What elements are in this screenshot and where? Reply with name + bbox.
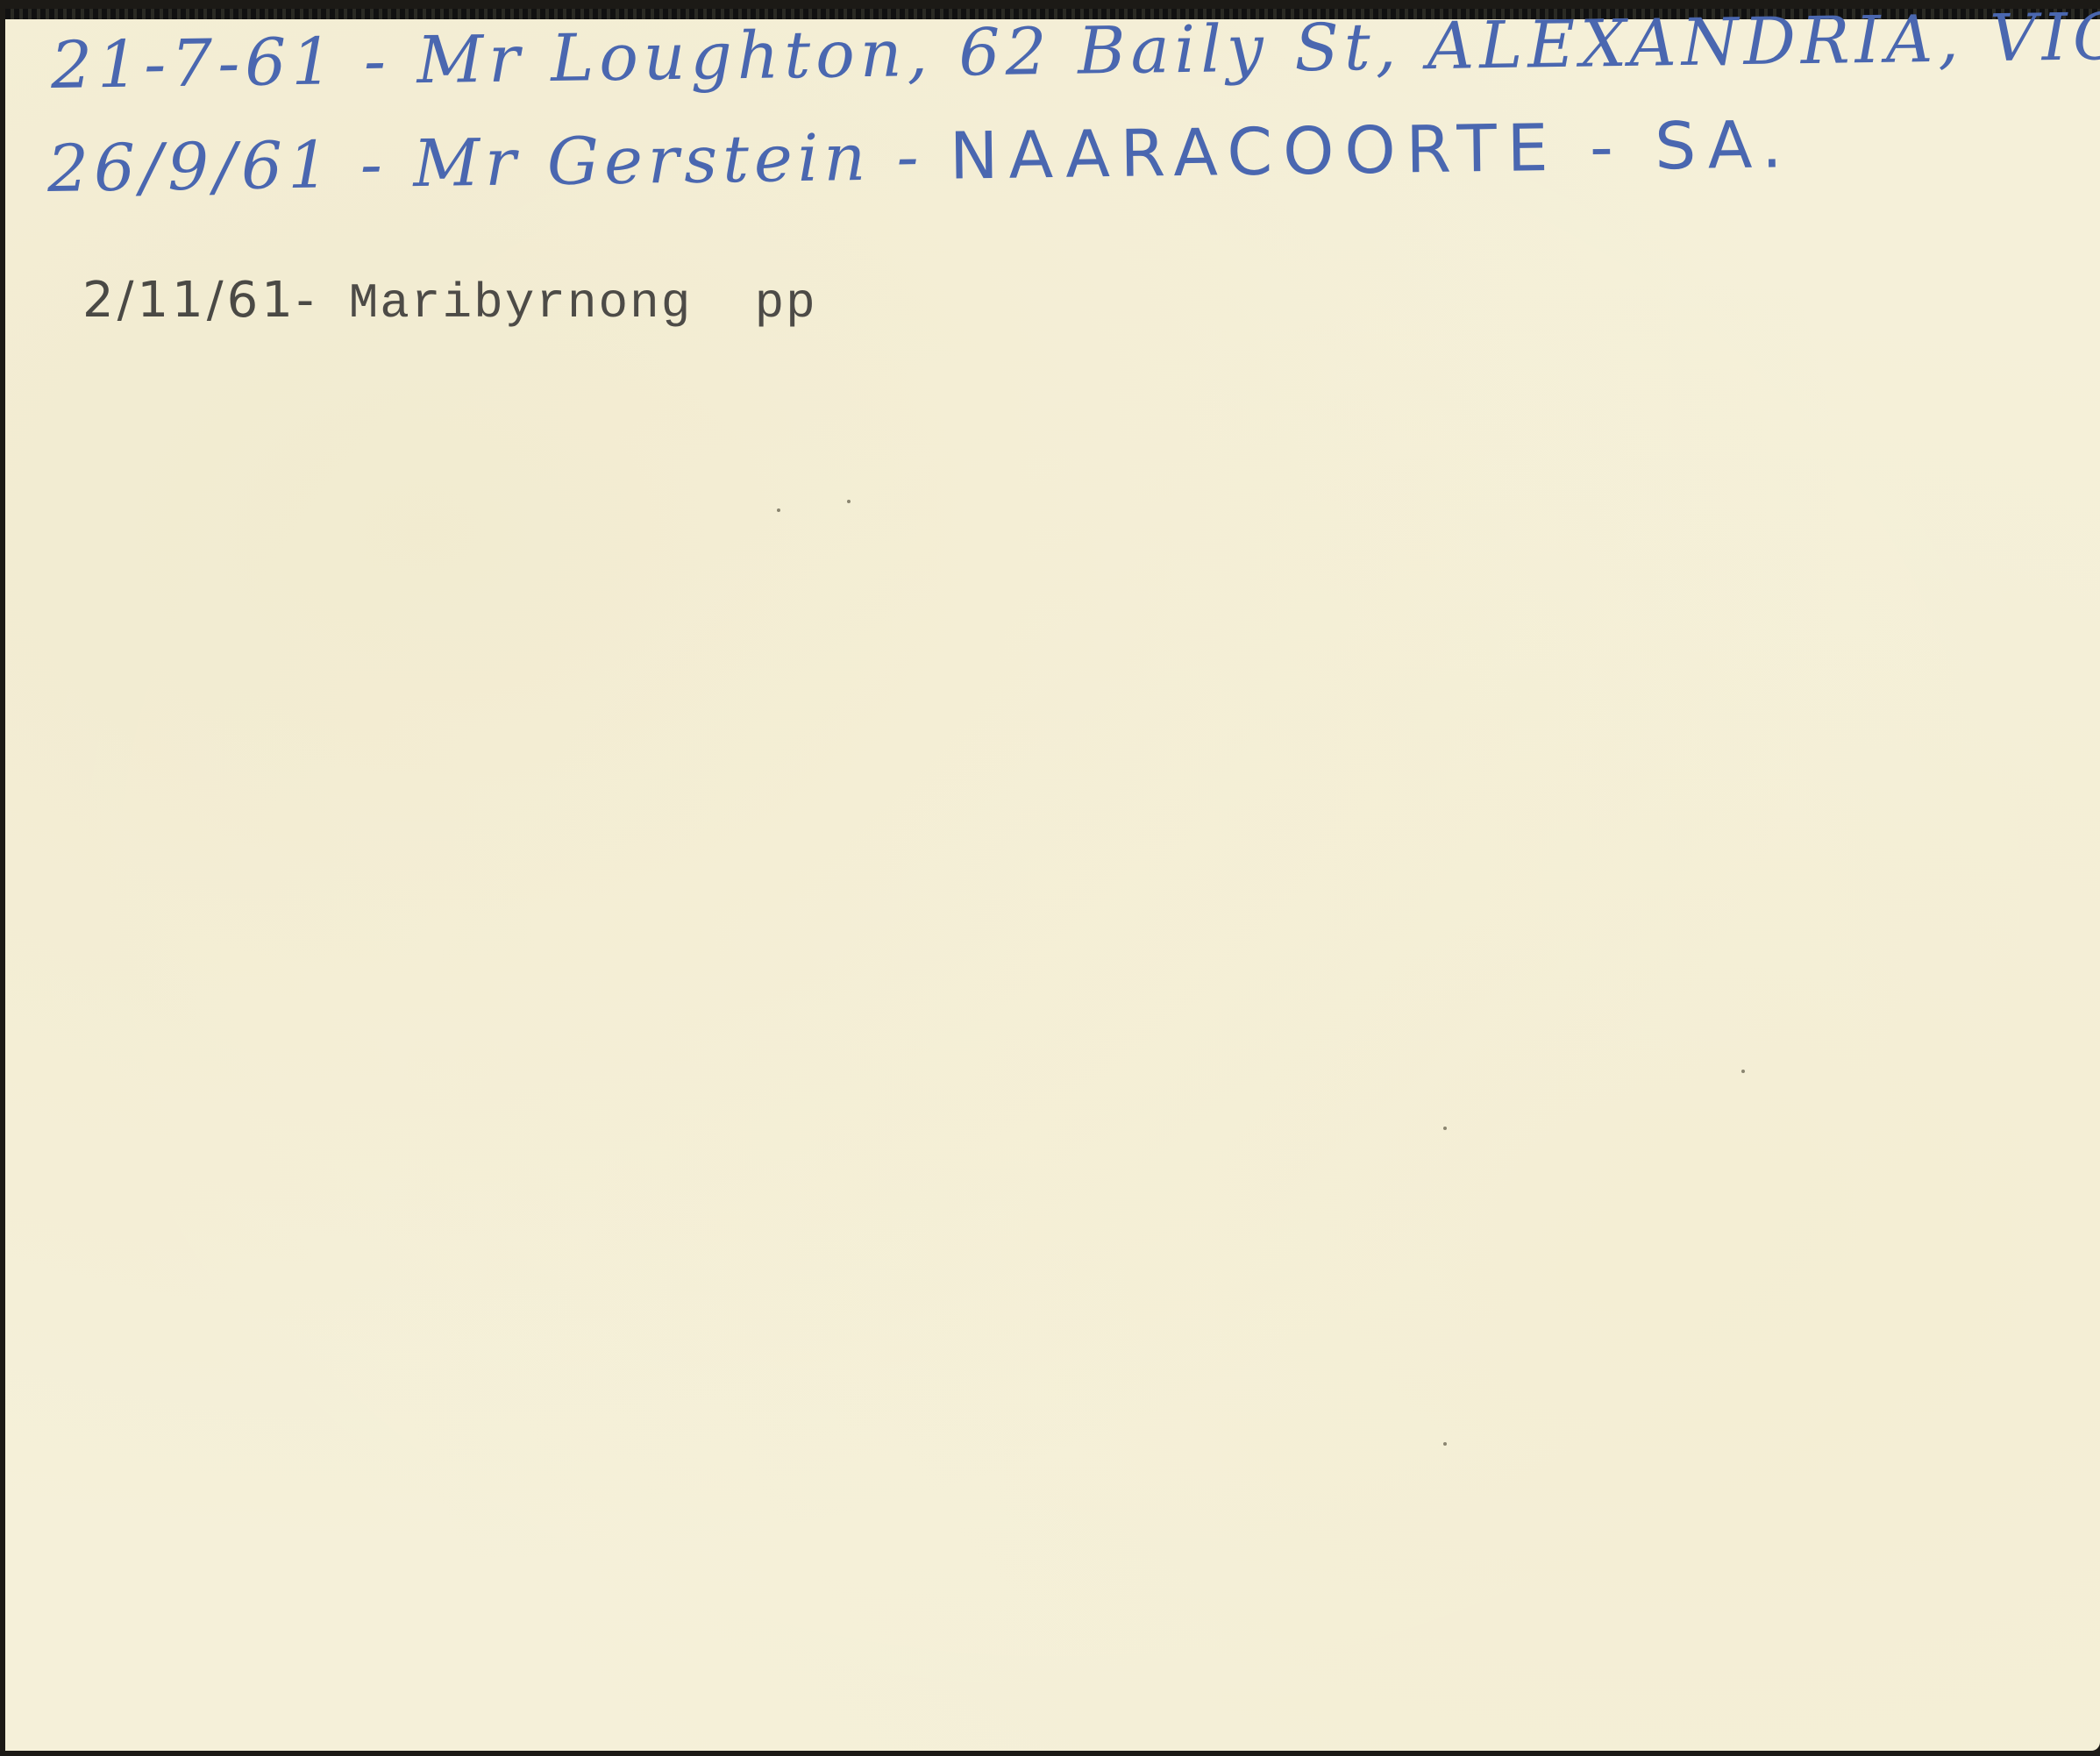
typed-entry-1: 2/11/61- Maribyrnong pp [82, 272, 817, 331]
entry-text: Maribyrnong pp [349, 275, 817, 331]
entry-name: Mr Gerstein - [413, 119, 924, 202]
paper-speck [1443, 1127, 1447, 1130]
entry-date: 26/9/61 - [46, 127, 388, 207]
entry-date: 2/11/61- [82, 272, 317, 329]
entry-place: NAARACOORTE - SA. [949, 107, 1793, 194]
paper-speck [847, 500, 851, 503]
index-card: 21-7-61 - Mr Loughton, 62 Baily St, ALEX… [5, 9, 2100, 1751]
paper-speck [777, 508, 780, 512]
handwritten-entry-2: 26/9/61 - Mr Gerstein - NAARACOORTE - SA… [46, 107, 1793, 207]
entry-date: 21-7-61 - [50, 24, 391, 103]
paper-speck [1443, 1442, 1447, 1446]
paper-speck [1741, 1070, 1745, 1073]
